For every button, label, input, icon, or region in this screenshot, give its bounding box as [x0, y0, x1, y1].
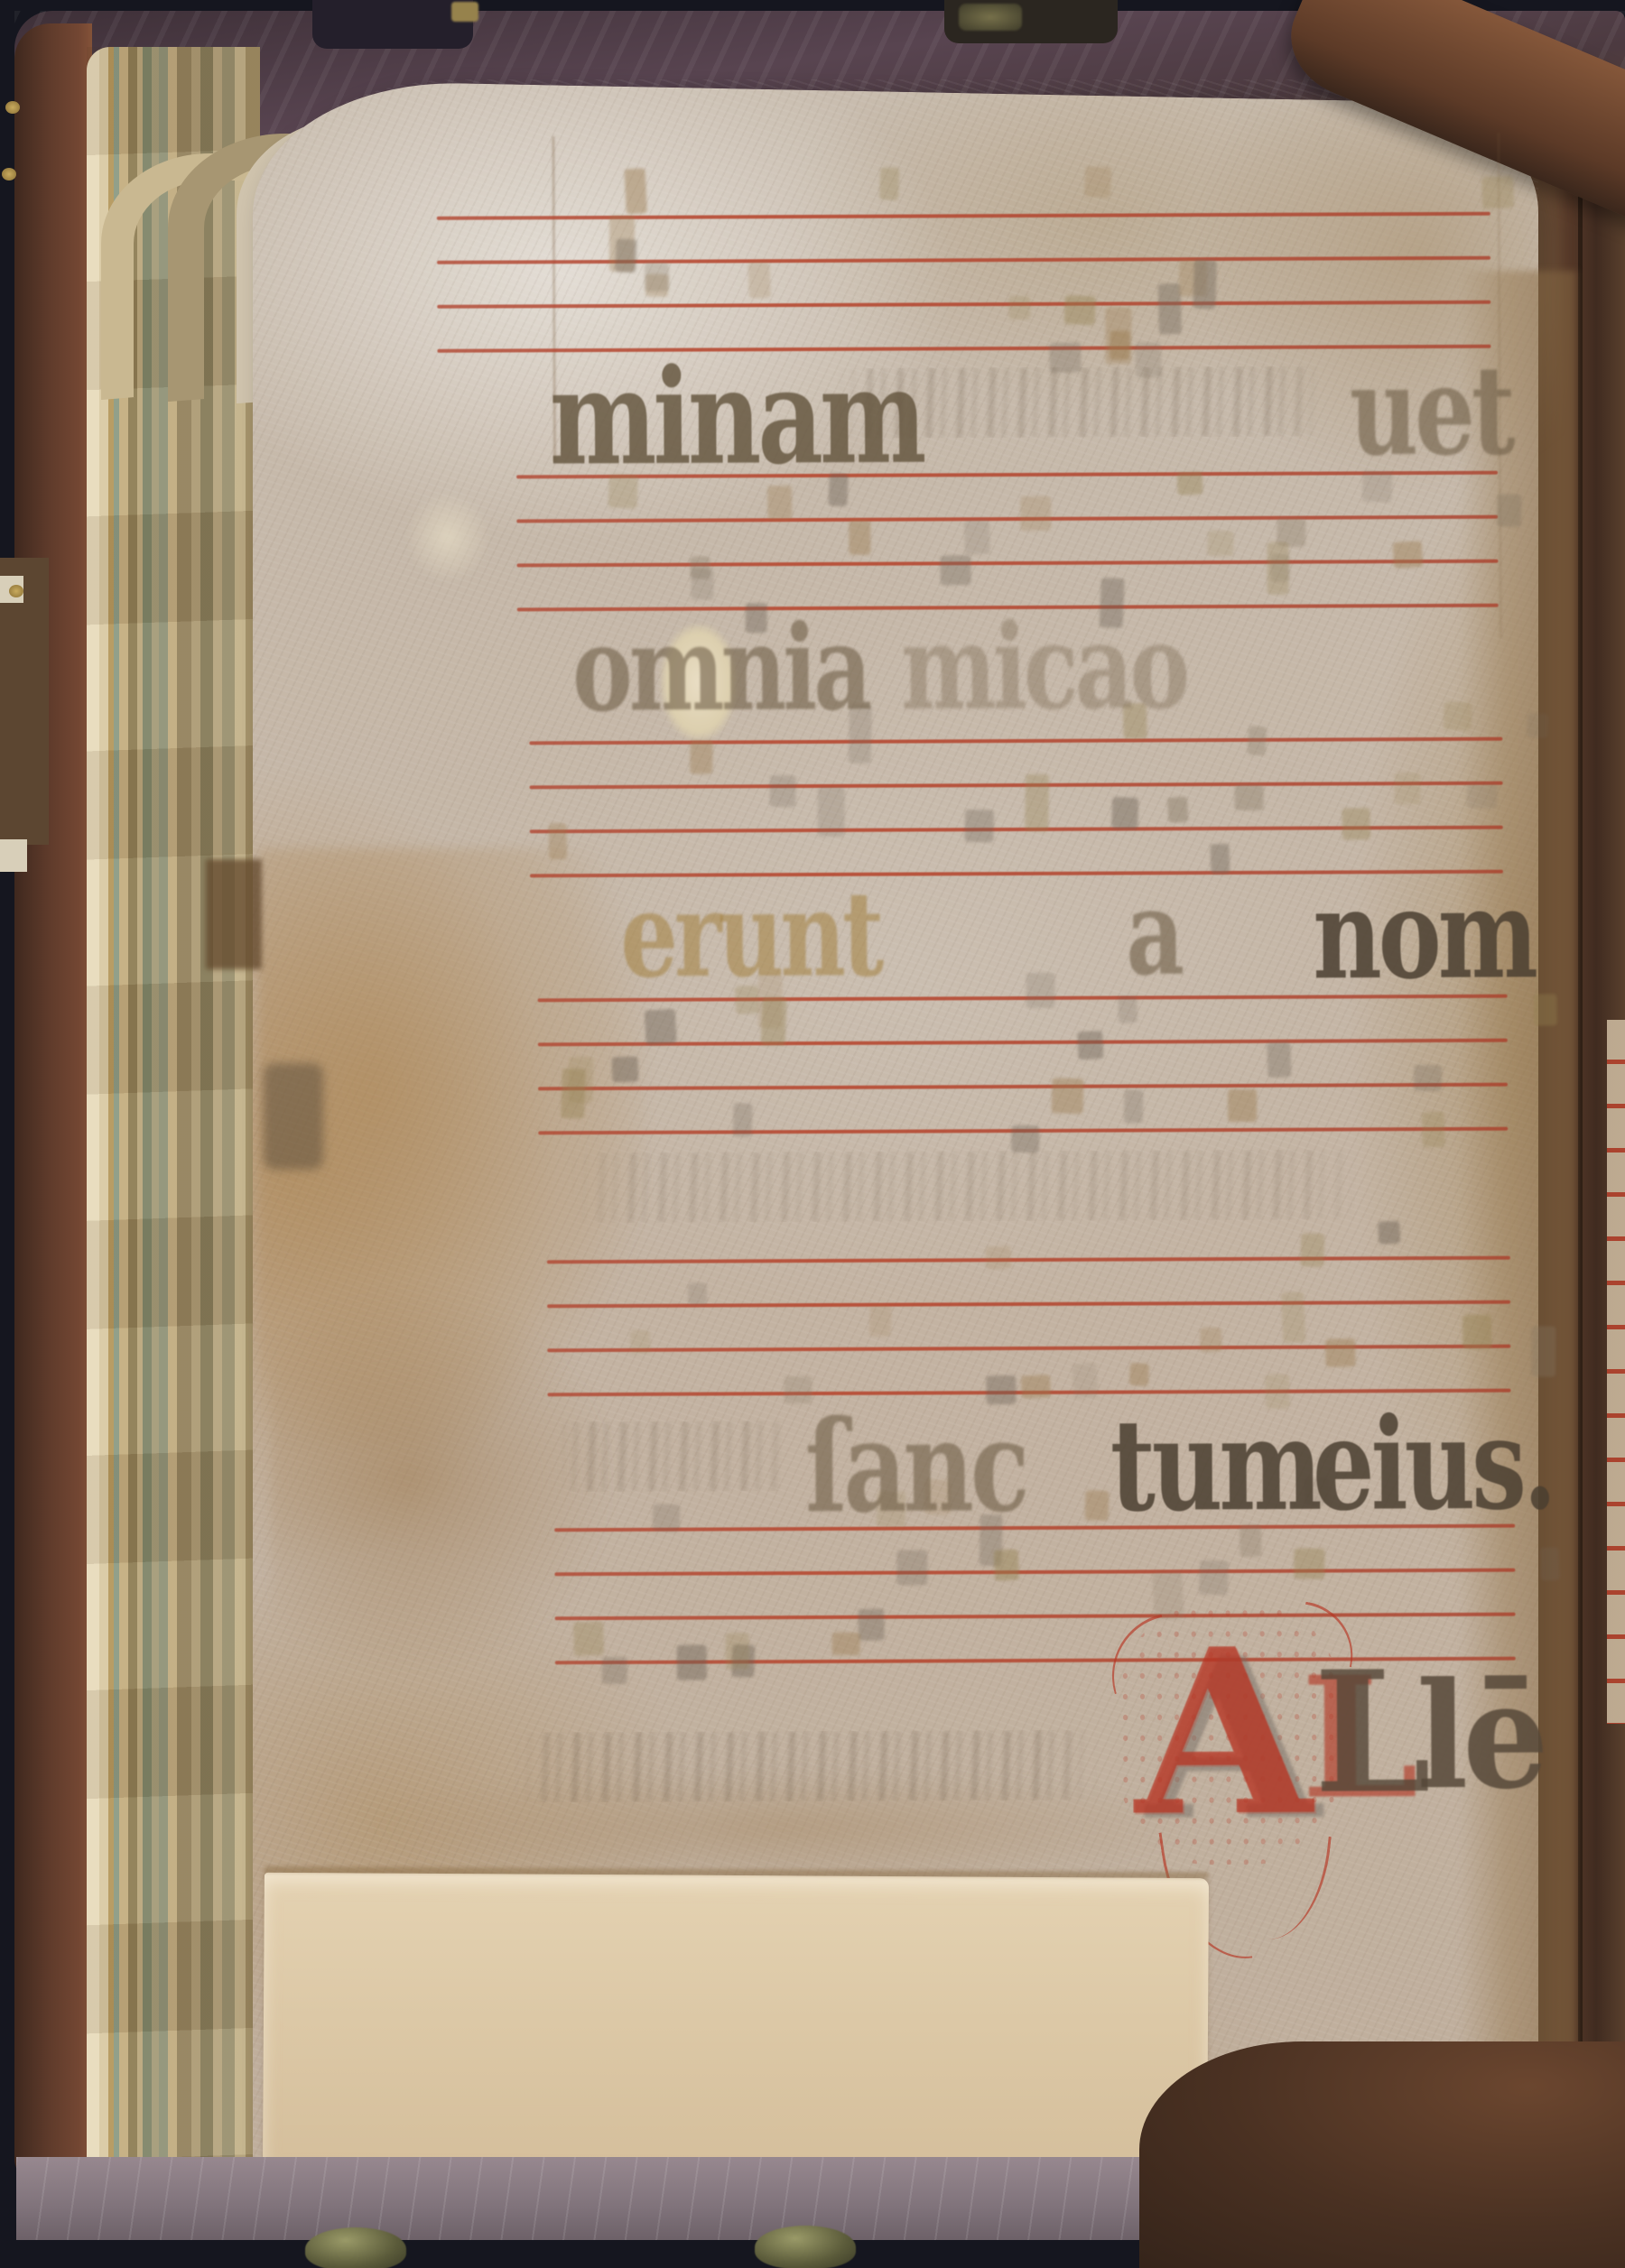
neume-note: [1531, 1326, 1555, 1376]
neume-note: [1157, 283, 1181, 334]
filigree-flourish: [1264, 1831, 1332, 1945]
neume-note: [1325, 1338, 1356, 1367]
neume-note: [859, 1608, 885, 1640]
staff-2-line-1: [516, 471, 1498, 479]
illuminated-initial-A: A A: [1133, 1612, 1323, 1852]
neume-note: [688, 1282, 707, 1305]
neume-note: [964, 520, 990, 555]
neume-note: [1481, 176, 1514, 208]
neume-note: [1394, 773, 1420, 804]
neume-note: [767, 486, 793, 520]
neume-note: [1422, 1112, 1445, 1147]
manuscript-word: ſanc: [805, 1403, 1026, 1531]
manuscript-word: a: [1126, 874, 1181, 991]
brass-foot: [305, 2227, 406, 2268]
neume-note: [1228, 1089, 1257, 1123]
neume-note: [1105, 307, 1132, 364]
ghost-text: [837, 366, 1324, 439]
neume-note: [691, 568, 713, 600]
staff-5-line-3: [547, 1345, 1510, 1353]
text-line-1: minamuet: [0, 348, 1622, 491]
neume-note: [1077, 1031, 1104, 1060]
neume-note: [964, 810, 994, 843]
neume-note: [1200, 1328, 1221, 1352]
neume-note: [1177, 472, 1203, 495]
manuscript-word: minam: [549, 351, 923, 484]
neume-note: [615, 238, 637, 273]
neume-note: [1294, 1548, 1324, 1579]
staff-6-line-2: [554, 1569, 1515, 1577]
staff-1-line-1: [437, 212, 1490, 220]
neume-note: [877, 1491, 905, 1527]
neume-note: [828, 473, 849, 505]
manuscript-word: uet: [1349, 349, 1511, 473]
neume-note: [1072, 1363, 1098, 1398]
neume-note: [735, 986, 760, 1015]
staff-3-line-4: [530, 870, 1503, 878]
neume-note: [849, 705, 872, 764]
neume-note: [1049, 342, 1081, 373]
neume-note: [1211, 844, 1230, 875]
paper-repair-patch: [263, 1873, 1209, 2169]
neume-note: [1008, 296, 1030, 320]
alleluia-incipit: L L lē: [1310, 1648, 1609, 1847]
neume-note: [1118, 995, 1137, 1023]
neume-note: [868, 1305, 891, 1337]
neume-note: [986, 1246, 1012, 1270]
neume-note: [1444, 701, 1472, 730]
manuscript-photo: A A L L lē minamuetomniamicaoeruntanomſa…: [0, 0, 1625, 2268]
neume-note: [653, 1504, 681, 1531]
manuscript-word: tum: [1110, 1402, 1319, 1530]
neume-note: [1527, 713, 1549, 738]
neume-note: [1020, 496, 1051, 531]
manuscript-word: omnia: [572, 609, 869, 727]
neume-note: [1199, 1560, 1229, 1596]
neume-note: [1021, 1375, 1051, 1398]
neume-note: [1124, 1089, 1144, 1123]
neume-note: [1462, 1315, 1491, 1349]
neume-note: [645, 263, 669, 292]
neume-note: [1063, 295, 1095, 325]
neume-note: [1393, 541, 1424, 569]
neume-note: [1052, 1078, 1084, 1114]
bottom-board-edge: [16, 2157, 1314, 2240]
neume-note: [1361, 471, 1392, 504]
neume-note: [733, 1103, 753, 1137]
neume-note: [608, 474, 639, 508]
staff-1-line-4: [437, 345, 1490, 353]
alle-letters: lē: [1416, 1662, 1544, 1810]
staff-6-line-3: [555, 1613, 1516, 1621]
neume-note: [747, 262, 771, 299]
neume-note: [1342, 808, 1370, 840]
neume-note: [769, 775, 796, 807]
ghost-text: [513, 1730, 1100, 1803]
neume-note: [1011, 1125, 1040, 1153]
neume-note: [1193, 260, 1216, 310]
neume-note: [602, 1657, 627, 1684]
neume-note: [761, 997, 787, 1046]
staff-2-line-4: [517, 604, 1499, 612]
neume-note: [1378, 1221, 1400, 1245]
neume-note: [645, 1009, 677, 1045]
staff-2-line-2: [516, 515, 1498, 523]
neume-note: [1240, 1525, 1262, 1557]
ghost-text: [569, 1149, 1363, 1223]
neume-note: [1085, 1490, 1109, 1520]
staff-2-line-3: [516, 560, 1498, 568]
manuscript-word: nom: [1313, 873, 1535, 997]
neume-note: [1025, 774, 1049, 831]
neume-note: [1533, 994, 1556, 1025]
leather-cover-bottom-right: [1139, 2041, 1625, 2268]
neume-note: [940, 555, 970, 585]
neume-note: [1267, 542, 1288, 595]
brass-foot: [755, 2226, 856, 2268]
neume-note: [548, 823, 567, 859]
capital-L: L: [1314, 1649, 1432, 1817]
neume-note: [1084, 166, 1112, 198]
neume-note: [612, 1057, 638, 1083]
staff-5-line-1: [547, 1256, 1510, 1264]
staff-6-line-1: [554, 1524, 1515, 1532]
neume-note: [818, 787, 845, 837]
neume-note: [1300, 1233, 1323, 1266]
neume-note: [1466, 783, 1498, 808]
neume-note: [1248, 726, 1267, 755]
neume-note: [1207, 531, 1233, 557]
neume-note: [677, 1644, 707, 1680]
neume-note: [569, 1057, 594, 1103]
staff-4-line-1: [538, 995, 1508, 1003]
neume-note: [1497, 494, 1522, 526]
staff-1-line-2: [437, 256, 1490, 264]
neume-note: [690, 740, 713, 773]
staff-4-line-3: [538, 1083, 1508, 1091]
neume-note: [986, 1375, 1016, 1404]
neume-note: [1265, 1374, 1290, 1409]
neume-note: [1304, 1477, 1331, 1505]
neume-note: [630, 1329, 651, 1354]
neume-note: [897, 1550, 928, 1585]
neume-note: [625, 168, 647, 214]
text-line-4: [0, 1132, 1625, 1274]
neume-note: [784, 1376, 812, 1403]
neume-note: [1167, 797, 1189, 823]
staff-1-line-3: [437, 301, 1490, 309]
neume-note: [1413, 1065, 1441, 1092]
neume-note: [1540, 1547, 1560, 1581]
neume-note: [745, 603, 766, 633]
ghost-text: [560, 1421, 785, 1492]
neume-note: [573, 1622, 604, 1656]
neume-note: [1281, 1291, 1305, 1343]
neume-note: [726, 1633, 749, 1669]
neume-note: [1234, 785, 1264, 811]
neume-note: [879, 167, 900, 200]
neume-note: [1100, 578, 1125, 628]
manuscript-word: erunt: [620, 875, 880, 994]
margin-rule: [552, 136, 556, 461]
neume-note: [1111, 797, 1138, 829]
neume-note: [924, 1479, 951, 1514]
neume-note: [1026, 973, 1054, 1008]
text-line-2: omniamicao: [0, 606, 1623, 748]
neume-note: [1123, 703, 1147, 739]
neume-note: [832, 1633, 860, 1655]
neume-note: [994, 1550, 1020, 1581]
neume-note: [849, 521, 871, 555]
staff-3-line-1: [529, 737, 1502, 745]
staff-4-line-2: [538, 1039, 1508, 1047]
text-line-5: ſanctumeius.: [2, 1401, 1625, 1543]
manuscript-word: eius.: [1313, 1401, 1554, 1529]
staff-3-line-2: [530, 782, 1503, 790]
neume-note: [1267, 1041, 1293, 1078]
text-line-3: eruntanom: [0, 872, 1625, 1014]
neume-note: [1129, 1363, 1150, 1386]
neume-note: [1135, 342, 1162, 377]
